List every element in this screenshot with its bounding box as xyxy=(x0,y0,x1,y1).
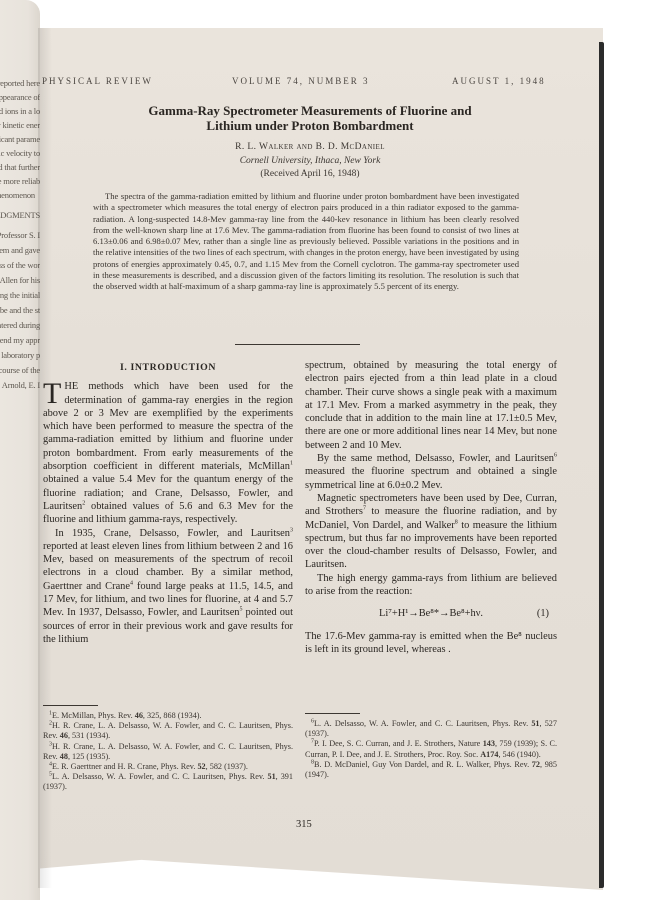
footnote-ref[interactable]: 1 xyxy=(290,461,293,467)
left-page-fragment: g the course of the xyxy=(0,365,40,375)
footnote-7: 7P. I. Dee, S. C. Curran, and J. E. Stro… xyxy=(305,739,557,759)
equation-number: (1) xyxy=(537,607,549,620)
footnotes-right: 6L. A. Delsasso, W. A. Fowler, and C. C.… xyxy=(305,713,557,780)
left-page-fragment: rovide more reliab xyxy=(0,176,40,186)
footnote-4: 4E. R. Gaerttner and H. R. Crane, Phys. … xyxy=(43,762,293,772)
left-page-fragment: of our laboratory p xyxy=(0,350,40,360)
left-page-fragment: he appearance of xyxy=(0,92,40,102)
left-page-fragment: ged ions in a lo xyxy=(0,106,40,116)
column-left: I. INTRODUCTION THE methods which have b… xyxy=(43,361,293,646)
left-page-fragment: during the initial xyxy=(0,290,40,300)
volume-number: VOLUME 74, NUMBER 3 xyxy=(232,76,370,86)
left-page-fragment: gnificant parame xyxy=(0,134,40,144)
left-page-fragment: ncountered during xyxy=(0,320,40,330)
left-page-fragment: roblem and gave xyxy=(0,245,40,255)
left-page-edge: ults reported here he appearance of ged … xyxy=(0,0,40,900)
paragraph-2: In 1935, Crane, Delsasso, Fowler, and La… xyxy=(43,527,293,647)
paragraph-3: spectrum, obtained by measuring the tota… xyxy=(305,359,557,452)
footnote-ref[interactable]: 6 xyxy=(554,453,557,459)
abstract: The spectra of the gamma-radiation emitt… xyxy=(93,191,519,293)
paragraph-1: THE methods which have been used for the… xyxy=(43,380,293,526)
column-right: spectrum, obtained by measuring the tota… xyxy=(305,359,557,656)
footnote-6: 6L. A. Delsasso, W. A. Fowler, and C. C.… xyxy=(305,719,557,739)
section-divider xyxy=(235,344,360,345)
left-page-fragment: ults reported here xyxy=(0,78,40,88)
title-line-1: Gamma-Ray Spectrometer Measurements of F… xyxy=(60,103,560,118)
issue-date: AUGUST 1, 1948 xyxy=(452,76,546,86)
left-page-fragment: tronic velocity to xyxy=(0,148,40,158)
footnote-5: 5L. A. Delsasso, W. A. Fowler, and C. C.… xyxy=(43,772,293,792)
footnote-1: 1E. McMillan, Phys. Rev. 46, 325, 868 (1… xyxy=(43,711,293,721)
byline: R. L. Walker and B. D. McDaniel Cornell … xyxy=(60,141,560,182)
equation-1: Li⁷+H¹→Be⁸*→Be⁸+hν. (1) xyxy=(305,607,557,620)
paragraph-6: The high energy gamma-rays from lithium … xyxy=(305,572,557,599)
article-title: Gamma-Ray Spectrometer Measurements of F… xyxy=(60,103,560,133)
footnote-2: 2H. R. Crane, L. A. Delsasso, W. A. Fowl… xyxy=(43,721,293,741)
paragraph-5: Magnetic spectrometers have been used by… xyxy=(305,492,557,572)
received-date: (Received April 16, 1948) xyxy=(60,168,560,182)
left-page-fragment: bed that further xyxy=(0,162,40,172)
footnote-3: 3H. R. Crane, L. A. Delsasso, W. A. Fowl… xyxy=(43,742,293,762)
left-page-fragment: R. Arnold, E. I. xyxy=(0,380,40,390)
equation-body: Li⁷+H¹→Be⁸*→Be⁸+hν. xyxy=(379,608,483,619)
footnote-8: 8B. D. McDaniel, Guy Von Dardel, and R. … xyxy=(305,760,557,780)
authors: R. L. Walker and B. D. McDaniel xyxy=(60,141,560,155)
paragraph-7: The 17.6-Mev gamma-ray is emitted when t… xyxy=(305,630,557,657)
footnotes-left: 1E. McMillan, Phys. Rev. 46, 325, 868 (1… xyxy=(43,705,293,793)
left-page-fragment: phenomenon. xyxy=(0,190,35,200)
left-page-fragment: Mev kinetic ener xyxy=(0,120,40,130)
affiliation: Cornell University, Ithaca, New York xyxy=(60,155,560,169)
left-page-fragment: progress of the wor xyxy=(0,260,40,270)
page-number: 315 xyxy=(296,819,312,830)
footnote-rule xyxy=(43,705,98,706)
left-page-fragment: ier tube and the st xyxy=(0,305,40,315)
paragraph-4: By the same method, Delsasso, Fowler, an… xyxy=(305,452,557,492)
journal-name: PHYSICAL REVIEW xyxy=(42,76,153,86)
section-heading: I. INTRODUCTION xyxy=(43,361,293,374)
left-page-fragment: to extend my appr xyxy=(0,335,40,345)
drop-cap: T xyxy=(43,381,61,406)
book-cover-edge xyxy=(599,42,604,888)
footnote-rule xyxy=(305,713,360,714)
left-page-fragment: J. S. Allen for his xyxy=(0,275,40,285)
left-page-fragment: nk Professor S. I. xyxy=(0,230,40,240)
title-line-2: Lithium under Proton Bombardment xyxy=(60,118,560,133)
left-page-fragment: KNOWLEDGMENTS xyxy=(0,210,40,220)
footnote-ref[interactable]: 3 xyxy=(290,527,293,533)
